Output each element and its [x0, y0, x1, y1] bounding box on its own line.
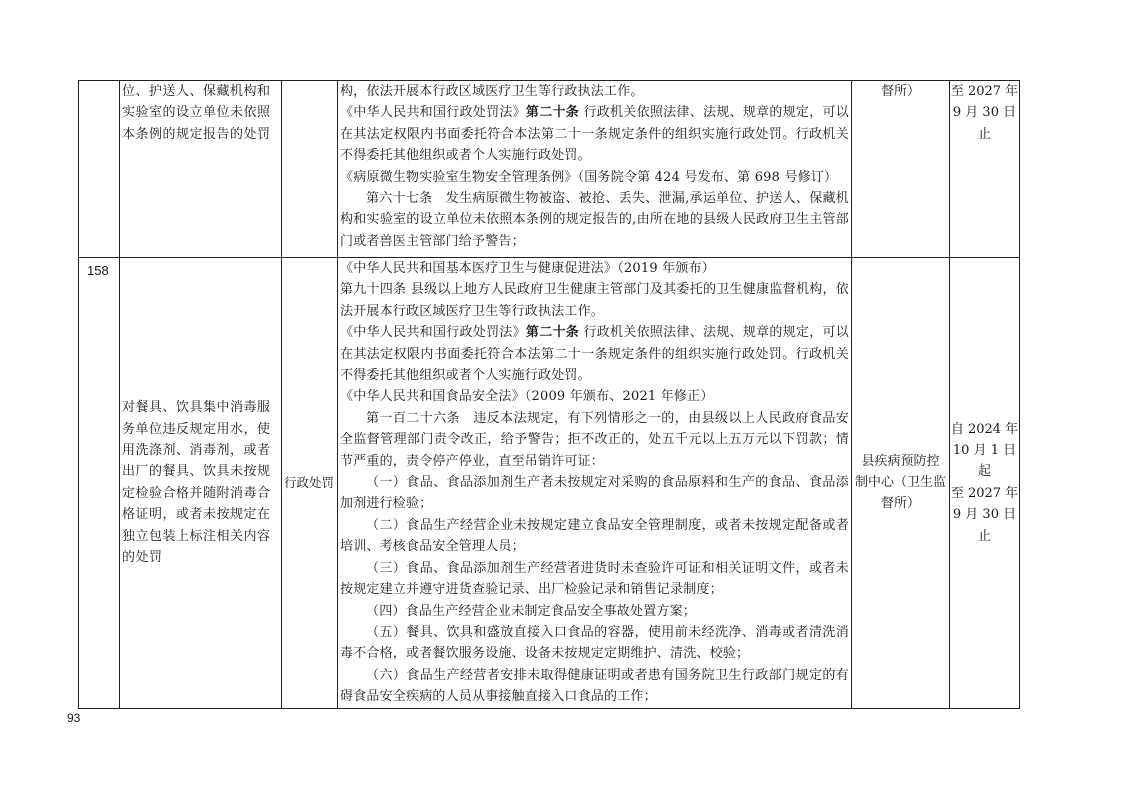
item-line: 独立包装上标注相关内容 — [122, 526, 279, 547]
document-page: 位、护送人、保藏机构和 实验室的设立单位未依照 本条例的规定报告的处罚 构，依法… — [0, 0, 1122, 793]
table-row: 158 对餐具、饮具集中消毒服 务单位违反规定用水，使 用洗涤剂、消毒剂，或者 … — [79, 258, 1020, 709]
agency-line: 县疾病预防控 — [854, 451, 947, 472]
basis-paragraph: 第九十四条 县级以上地方人民政府卫生健康主管部门及其委托的卫生健康监督机构，依法… — [340, 279, 849, 322]
item-name-cell: 对餐具、饮具集中消毒服 务单位违反规定用水，使 用洗涤剂、消毒剂，或者 出厂的餐… — [120, 258, 282, 709]
article-number: 第二十条 — [526, 105, 579, 120]
basis-paragraph: （四）食品生产经营企业未制定食品安全事故处置方案； — [340, 601, 849, 622]
basis-paragraph: （二）食品生产经营企业未按规定建立食品安全管理制度，或者未按规定配备或者培训、考… — [340, 515, 849, 558]
law-title: 《中华人民共和国行政处罚法》 — [340, 105, 526, 120]
item-line: 格证明，或者未按规定在 — [122, 504, 279, 525]
enforcing-agency-cell: 县疾病预防控 制中心（卫生监 督所） — [852, 258, 950, 709]
basis-paragraph: 第六十七条 发生病原微生物被盗、被抢、丢失、泄漏,承运单位、护送人、保藏机构和实… — [340, 188, 849, 252]
basis-paragraph: （六）食品生产经营者安排未取得健康证明或者患有国务院卫生行政部门规定的有碍食品安… — [340, 665, 849, 708]
date-line: 至 2027 年 — [950, 81, 1019, 102]
agency-line: 督所） — [854, 81, 947, 102]
item-name-cell: 位、护送人、保藏机构和 实验室的设立单位未依照 本条例的规定报告的处罚 — [120, 81, 282, 258]
enforcing-agency-cell: 督所） — [852, 81, 950, 258]
basis-paragraph: 《中华人民共和国行政处罚法》第二十条 行政机关依照法律、法规、规章的规定，可以在… — [340, 102, 849, 166]
row-number — [79, 81, 120, 258]
table-row: 位、护送人、保藏机构和 实验室的设立单位未依照 本条例的规定报告的处罚 构，依法… — [79, 81, 1020, 258]
date-line: 9 月 30 日止 — [950, 102, 1019, 145]
validity-period-cell: 至 2027 年 9 月 30 日止 — [950, 81, 1020, 258]
validity-period-cell: 自 2024 年 10 月 1 日起 至 2027 年 9 月 30 日止 — [950, 258, 1020, 709]
basis-paragraph: （三）食品、食品添加剂生产经营者进货时未查验许可证和相关证明文件，或者未按规定建… — [340, 558, 849, 601]
item-line: 用洗涤剂、消毒剂，或者 — [122, 440, 279, 461]
item-line: 对餐具、饮具集中消毒服 — [122, 397, 279, 418]
item-line: 定检验合格并随附消毒合 — [122, 483, 279, 504]
agency-line: 制中心（卫生监 — [854, 472, 947, 493]
basis-paragraph: 《病原微生物实验室生物安全管理条例》（国务院令第 424 号发布、第 698 号… — [340, 167, 849, 188]
date-line: 10 月 1 日起 — [950, 440, 1019, 483]
agency-line: 督所） — [854, 493, 947, 514]
law-title: 《中华人民共和国行政处罚法》 — [340, 325, 526, 340]
basis-paragraph: 第一百二十六条 违反本法规定，有下列情形之一的，由县级以上人民政府食品安全监督管… — [340, 408, 849, 472]
basis-paragraph: （五）餐具、饮具和盛放直接入口食品的容器，使用前未经洗净、消毒或者清洗消毒不合格… — [340, 622, 849, 665]
article-number: 第二十条 — [526, 325, 579, 340]
legal-basis-cell: 构，依法开展本行政区域医疗卫生等行政执法工作。 《中华人民共和国行政处罚法》第二… — [338, 81, 852, 258]
page-number: 93 — [67, 711, 80, 725]
item-line: 务单位违反规定用水，使 — [122, 419, 279, 440]
date-line: 自 2024 年 — [950, 419, 1019, 440]
item-line: 的处罚 — [122, 547, 279, 568]
category-cell: 行政处罚 — [282, 258, 338, 709]
basis-paragraph: （一）食品、食品添加剂生产者未按规定对采购的食品原料和生产的食品、食品添加剂进行… — [340, 472, 849, 515]
basis-paragraph: 构，依法开展本行政区域医疗卫生等行政执法工作。 — [340, 81, 849, 102]
item-line: 位、护送人、保藏机构和 — [122, 81, 279, 102]
legal-basis-cell: 《中华人民共和国基本医疗卫生与健康促进法》（2019 年颁布） 第九十四条 县级… — [338, 258, 852, 709]
basis-paragraph: 《中华人民共和国行政处罚法》第二十条 行政机关依照法律、法规、规章的规定，可以在… — [340, 322, 849, 386]
date-line: 至 2027 年 — [950, 483, 1019, 504]
basis-paragraph: 《中华人民共和国食品安全法》（2009 年颁布、2021 年修正） — [340, 386, 849, 407]
date-line: 9 月 30 日止 — [950, 504, 1019, 547]
item-line: 实验室的设立单位未依照 — [122, 102, 279, 123]
item-line: 本条例的规定报告的处罚 — [122, 124, 279, 145]
category-cell — [282, 81, 338, 258]
item-line: 出厂的餐具、饮具未按规 — [122, 461, 279, 482]
basis-paragraph: 《中华人民共和国基本医疗卫生与健康促进法》（2019 年颁布） — [340, 258, 849, 279]
enforcement-items-table: 位、护送人、保藏机构和 实验室的设立单位未依照 本条例的规定报告的处罚 构，依法… — [78, 80, 1020, 709]
row-number: 158 — [79, 258, 120, 709]
